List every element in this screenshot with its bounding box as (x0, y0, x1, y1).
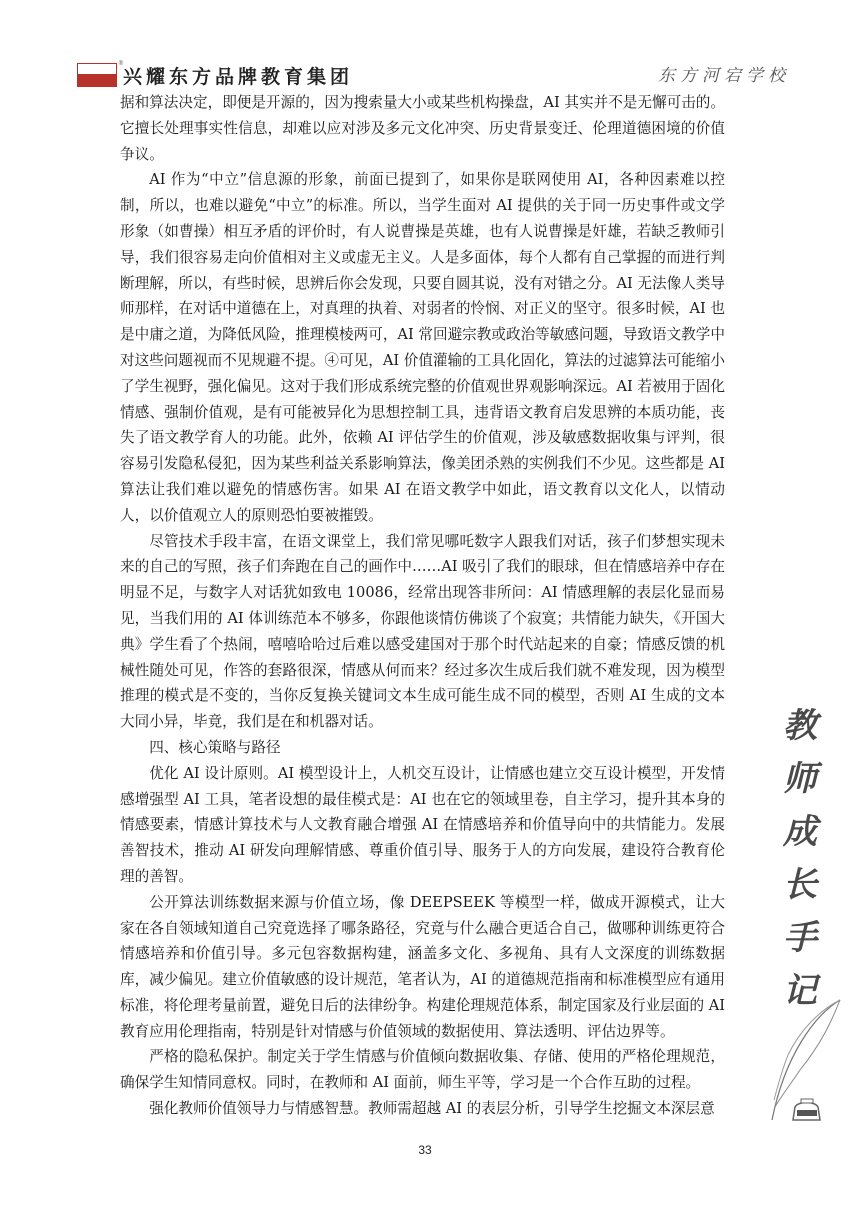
quill-ink-icon (760, 995, 850, 1135)
school-name: 东方河宕学校 (658, 61, 790, 86)
sidebar-char: 手 (770, 912, 830, 965)
paragraph: AI 作为“中立”信息源的形象，前面已提到了，如果你是联网使用 AI，各种因素难… (120, 167, 725, 528)
paragraph: 据和算法决定，即便是开源的，因为搜索量大小或某些机构操盘，AI 其实并不是无懈可… (120, 90, 725, 167)
paragraph: 优化 AI 设计原则。AI 模型设计上，人机交互设计，让情感也建立交互设计模型，… (120, 761, 725, 890)
page-header: ® 兴耀东方品牌教育集团 东方河宕学校 (0, 0, 850, 90)
sidebar-char: 长 (770, 859, 830, 912)
sidebar-char: 师 (770, 753, 830, 806)
sidebar-char: 教 (770, 700, 830, 753)
paragraph: 公开算法训练数据来源与价值立场，像 DEEPSEEK 等模型一样，做成开源模式，… (120, 890, 725, 1045)
paragraph: 强化教师价值领导力与情感智慧。教师需超越 AI 的表层分析，引导学生挖掘文本深层… (120, 1096, 725, 1122)
page-number: 33 (0, 1143, 850, 1157)
paragraph: 尽管技术手段丰富，在语文课堂上，我们常见哪吒数字人跟我们对话，孩子们梦想实现未来… (120, 529, 725, 735)
brand-logo-icon: ® (77, 63, 117, 87)
section-heading: 四、核心策略与路径 (120, 735, 725, 761)
sidebar-char: 成 (770, 806, 830, 859)
article-body: 据和算法决定，即便是开源的，因为搜索量大小或某些机构操盘，AI 其实并不是无懈可… (120, 90, 725, 1122)
brand-name: 兴耀东方品牌教育集团 (123, 62, 353, 89)
paragraph: 严格的隐私保护。制定关于学生情感与价值倾向数据收集、存储、使用的严格伦理规范，确… (120, 1044, 725, 1096)
sidebar-title: 教 师 成 长 手 记 (770, 700, 830, 1018)
